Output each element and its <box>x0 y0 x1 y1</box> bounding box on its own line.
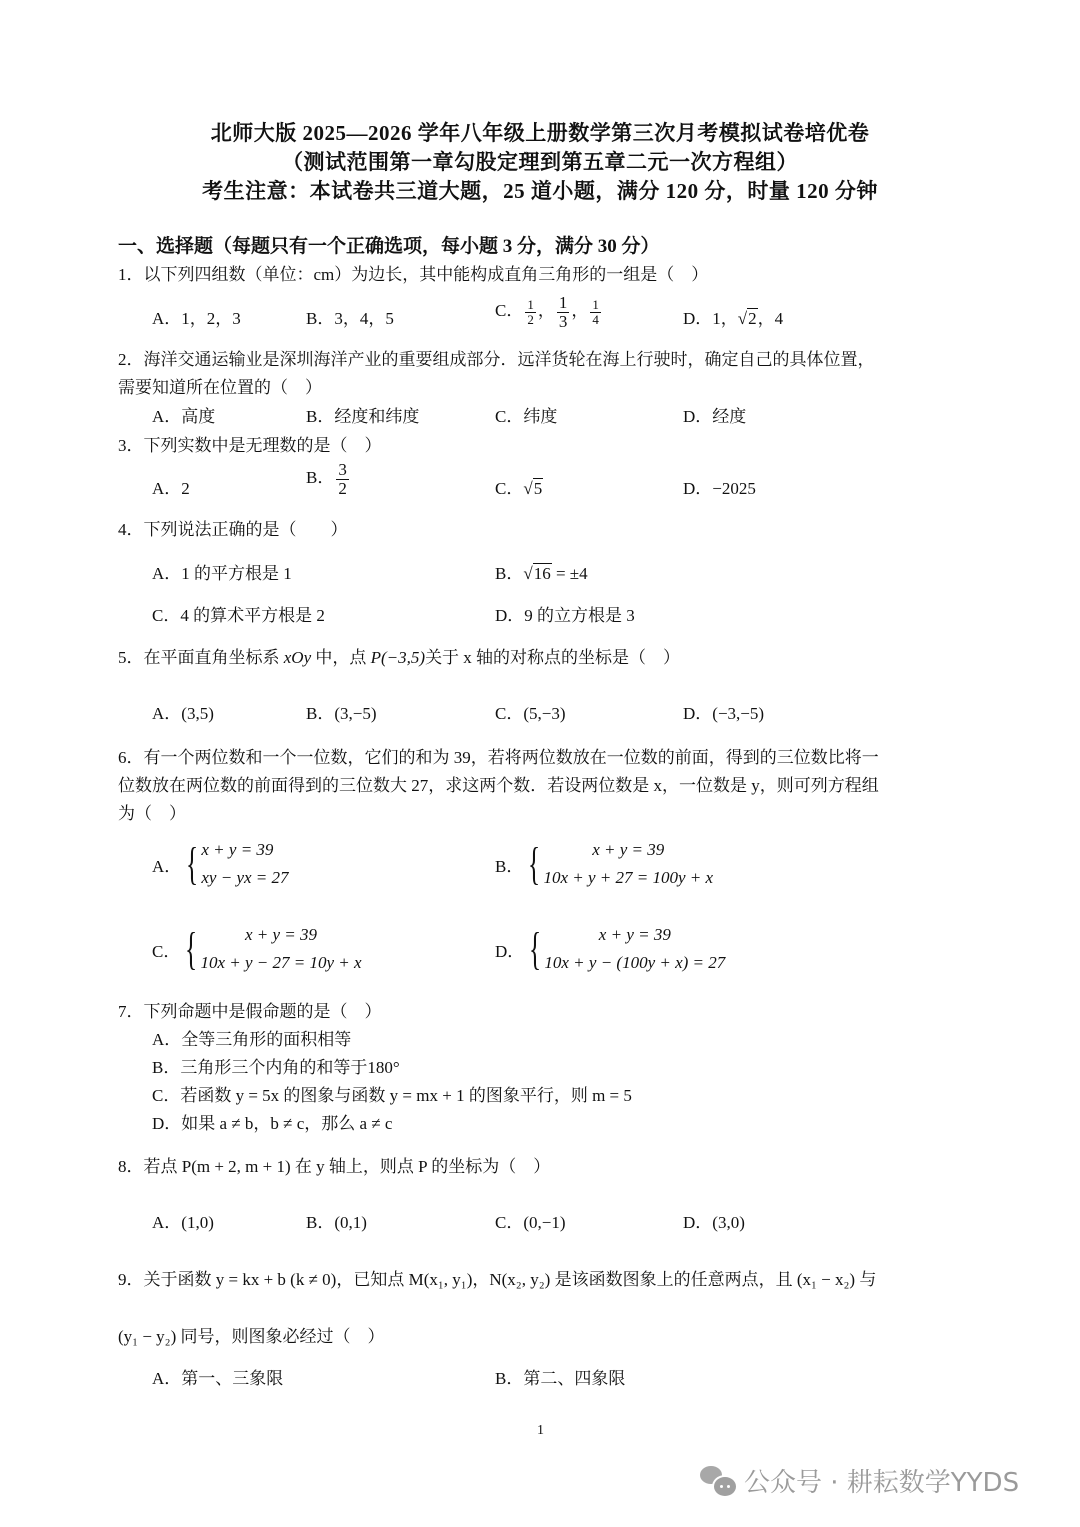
question-3-option-a: A．2 <box>152 474 190 499</box>
question-9-stem-line2: (y₁ − y₂) 同号，则图象必经过（ ） <box>118 1322 385 1347</box>
question-8-stem: 8．若点 P(m + 2, m + 1) 在 y 轴上，则点 P 的坐标为（ ） <box>118 1152 550 1177</box>
exam-scope: （测试范围第一章勾股定理到第五章二元一次方程组） <box>0 146 1080 176</box>
question-7-option-c: C．若函数 y = 5x 的图象与函数 y = mx + 1 的图象平行，则 m… <box>152 1081 632 1106</box>
question-9-option-b: B．第二、四象限 <box>495 1364 625 1389</box>
question-2-option-a: A．高度 <box>152 402 215 427</box>
question-9-stem-line1: 9．关于函数 y = kx + b (k ≠ 0)，已知点 M(x₁, y₁)，… <box>118 1265 876 1290</box>
question-4-stem: 4．下列说法正确的是（ ） <box>118 515 348 540</box>
watermark: 公众号 · 耕耘数学YYDS <box>700 1462 1019 1499</box>
question-1-option-c: C．12，13，14 <box>495 294 603 330</box>
question-7-stem: 7．下列命题中是假命题的是（ ） <box>118 997 382 1022</box>
question-5-option-d: D．(−3,−5) <box>683 699 764 724</box>
question-1-option-b: B．3，4，5 <box>306 304 394 329</box>
question-5-stem: 5．在平面直角坐标系 xOy 中，点 P(−3,5)关于 x 轴的对称点的坐标是… <box>118 643 680 668</box>
exam-notice: 考生注意：本试卷共三道大题，25 道小题，满分 120 分，时量 120 分钟 <box>0 175 1080 205</box>
question-9-option-a: A．第一、三象限 <box>152 1364 283 1389</box>
question-6-stem-line2: 位数放在两位数的前面得到的三位数大 27，求这两个数．若设两位数是 x，一位数是… <box>118 771 879 796</box>
question-8-option-a: A．(1,0) <box>152 1208 214 1233</box>
question-3-option-c: C．√5 <box>495 474 543 499</box>
question-7-option-a: A．全等三角形的面积相等 <box>152 1025 351 1050</box>
watermark-text: 公众号 · 耕耘数学YYDS <box>744 1462 1019 1499</box>
question-2-option-b: B．经度和纬度 <box>306 402 419 427</box>
exam-page: 北师大版 2025—2026 学年八年级上册数学第三次月考模拟试卷培优卷 （测试… <box>0 0 1080 1527</box>
question-1-option-d: D．1，√2，4 <box>683 304 783 329</box>
question-7-option-d: D．如果 a ≠ b，b ≠ c，那么 a ≠ c <box>152 1109 392 1134</box>
question-6-option-d: D．{x + y = 3910x + y − (100y + x) = 27 <box>495 921 725 977</box>
question-6-option-c: C．{x + y = 3910x + y − 27 = 10y + x <box>152 921 362 977</box>
question-3-option-d: D．−2025 <box>683 474 756 499</box>
question-5-option-b: B．(3,−5) <box>306 699 377 724</box>
question-6-option-b: B．{x + y = 3910x + y + 27 = 100y + x <box>495 836 713 892</box>
section-heading-multiple-choice: 一、选择题（每题只有一个正确选项，每小题 3 分，满分 30 分） <box>118 231 660 258</box>
question-2-option-c: C．纬度 <box>495 402 557 427</box>
question-8-option-b: B．(0,1) <box>306 1208 367 1233</box>
question-1-option-a: A．1，2，3 <box>152 304 241 329</box>
question-3-option-b: B．32 <box>306 461 351 497</box>
question-7-option-b: B．三角形三个内角的和等于180° <box>152 1053 400 1078</box>
exam-title: 北师大版 2025—2026 学年八年级上册数学第三次月考模拟试卷培优卷 <box>0 117 1080 147</box>
question-2-stem-line2: 需要知道所在位置的（ ） <box>118 373 322 398</box>
question-4-option-d: D．9 的立方根是 3 <box>495 601 635 626</box>
question-3-stem: 3．下列实数中是无理数的是（ ） <box>118 431 382 456</box>
question-8-option-d: D．(3,0) <box>683 1208 745 1233</box>
page-number: 1 <box>537 1423 544 1439</box>
question-4-option-b: B．√16 = ±4 <box>495 559 588 584</box>
question-4-option-a: A．1 的平方根是 1 <box>152 559 292 584</box>
wechat-icon <box>700 1466 736 1496</box>
question-1-stem: 1．以下列四组数（单位：cm）为边长，其中能构成直角三角形的一组是（ ） <box>118 260 708 285</box>
question-6-stem-line3: 为（ ） <box>118 799 186 824</box>
question-6-option-a: A．{x + y = 39xy − yx = 27 <box>152 836 289 892</box>
question-4-option-c: C．4 的算术平方根是 2 <box>152 601 325 626</box>
question-6-stem-line1: 6．有一个两位数和一个一位数，它们的和为 39，若将两位数放在一位数的前面，得到… <box>118 743 879 768</box>
question-8-option-c: C．(0,−1) <box>495 1208 566 1233</box>
question-2-stem-line1: 2．海洋交通运输业是深圳海洋产业的重要组成部分．远洋货轮在海上行驶时，确定自己的… <box>118 345 875 370</box>
question-5-option-a: A．(3,5) <box>152 699 214 724</box>
question-2-option-d: D．经度 <box>683 402 746 427</box>
question-5-option-c: C．(5,−3) <box>495 699 566 724</box>
